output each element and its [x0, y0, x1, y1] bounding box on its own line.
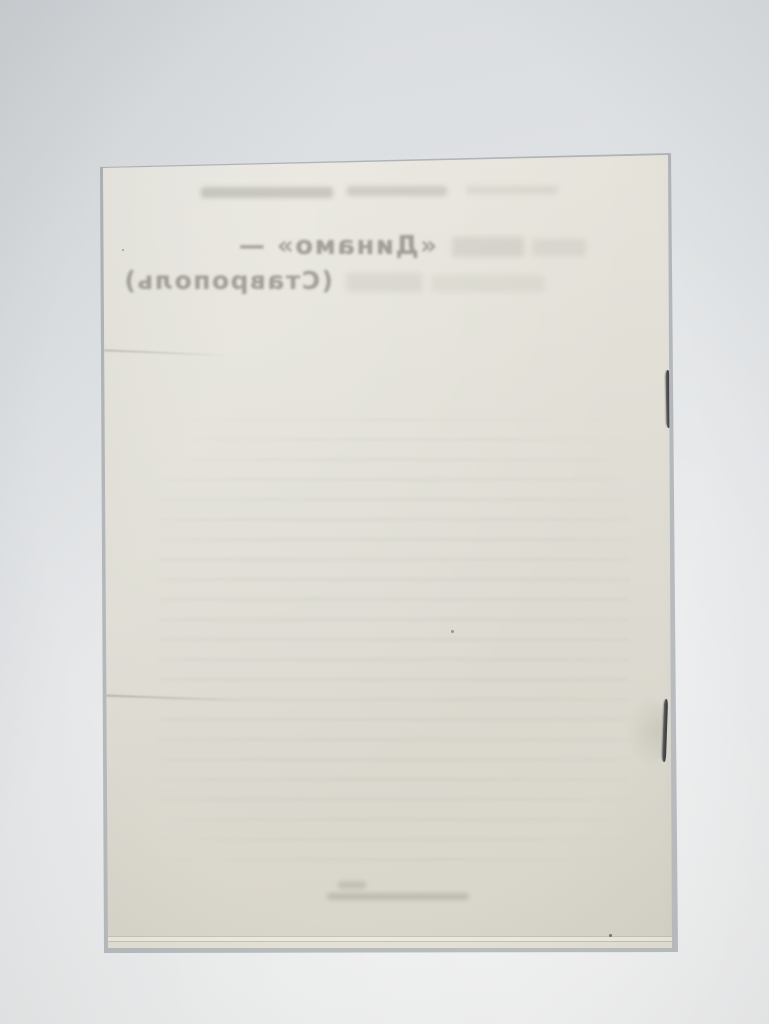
- photograph: «Динамо» — (Ставрополь): [0, 0, 769, 1024]
- showthrough-title-line1: «Динамо» —: [213, 231, 437, 261]
- showthrough-title-line2: (Ставрополь): [131, 266, 333, 295]
- paper-speck: [122, 249, 124, 251]
- inner-page-edges: [104, 936, 674, 948]
- showthrough-footer-smudge: [338, 881, 366, 889]
- showthrough-title-smudge: [346, 273, 422, 292]
- showthrough-title-smudge: [532, 239, 586, 256]
- paper-speck: [451, 630, 454, 633]
- showthrough-footer-smudge: [327, 893, 469, 900]
- showthrough-header-smudge: [347, 186, 447, 196]
- showthrough-body-text: [158, 418, 630, 870]
- showthrough-header-smudge: [466, 186, 558, 194]
- paper-speck: [609, 934, 612, 937]
- showthrough-title-smudge: [452, 237, 524, 257]
- staple-paper-dent: [626, 694, 666, 768]
- showthrough-header-smudge: [201, 187, 333, 198]
- showthrough-title-smudge: [432, 275, 544, 292]
